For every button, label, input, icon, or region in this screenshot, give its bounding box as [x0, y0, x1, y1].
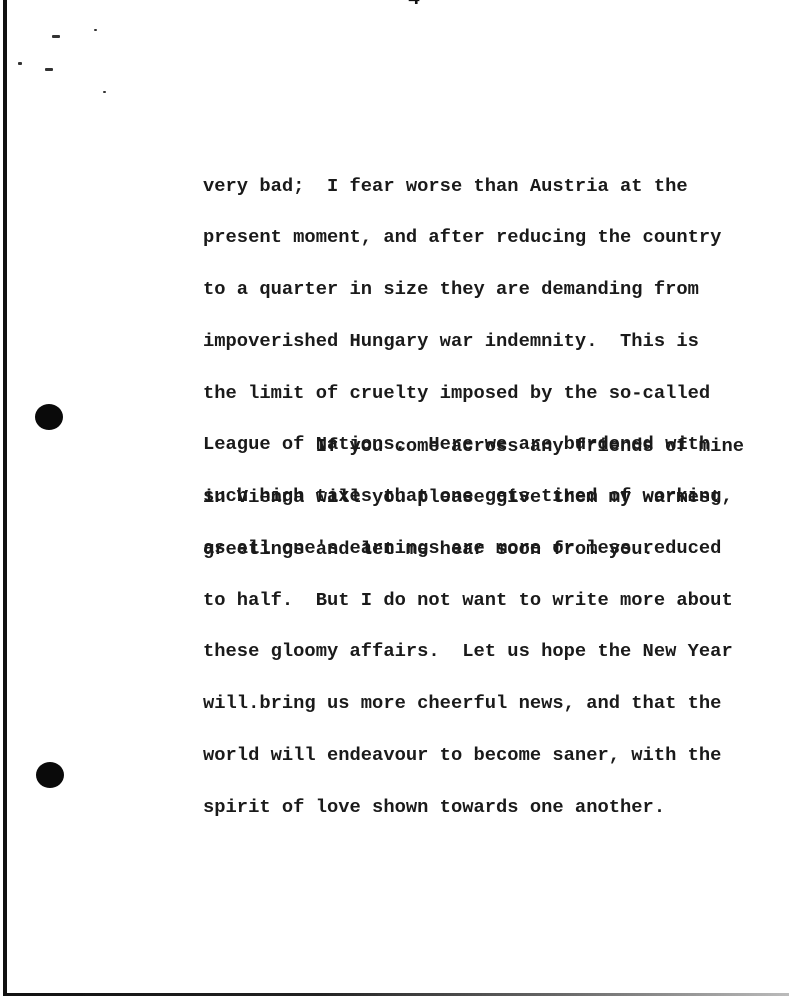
letter-paragraph-2: If you come across any friends of mine i… — [203, 403, 744, 593]
text-line: to a quarter in size they are demanding … — [203, 281, 733, 298]
page-number: - 4 - — [372, 0, 462, 11]
text-line: If you come across any friends of mine — [203, 438, 744, 455]
text-line: in Vienna will you please give them my w… — [203, 489, 744, 506]
scanned-letter-page: - 4 - very bad; I fear worse than Austri… — [0, 0, 789, 1000]
text-line: to half. But I do not want to write more… — [203, 592, 733, 609]
scan-speck — [18, 62, 22, 65]
text-line: these gloomy affairs. Let us hope the Ne… — [203, 643, 733, 660]
scan-speck — [94, 29, 97, 31]
text-line: will.bring us more cheerful news, and th… — [203, 695, 733, 712]
text-line: impoverished Hungary war indemnity. This… — [203, 333, 733, 350]
text-line: greetings and let me hear soon from you. — [203, 541, 744, 558]
text-line: very bad; I fear worse than Austria at t… — [203, 178, 733, 195]
text-line: world will endeavour to become saner, wi… — [203, 747, 733, 764]
page-bottom-border — [3, 993, 789, 996]
punch-hole-icon — [36, 762, 64, 788]
scan-speck — [103, 91, 106, 93]
scan-speck — [52, 35, 60, 38]
page-left-border — [3, 0, 7, 994]
punch-hole-icon — [35, 404, 63, 430]
text-line: the limit of cruelty imposed by the so-c… — [203, 385, 733, 402]
text-line: spirit of love shown towards one another… — [203, 799, 733, 816]
text-line: present moment, and after reducing the c… — [203, 229, 733, 246]
scan-speck — [45, 68, 53, 71]
